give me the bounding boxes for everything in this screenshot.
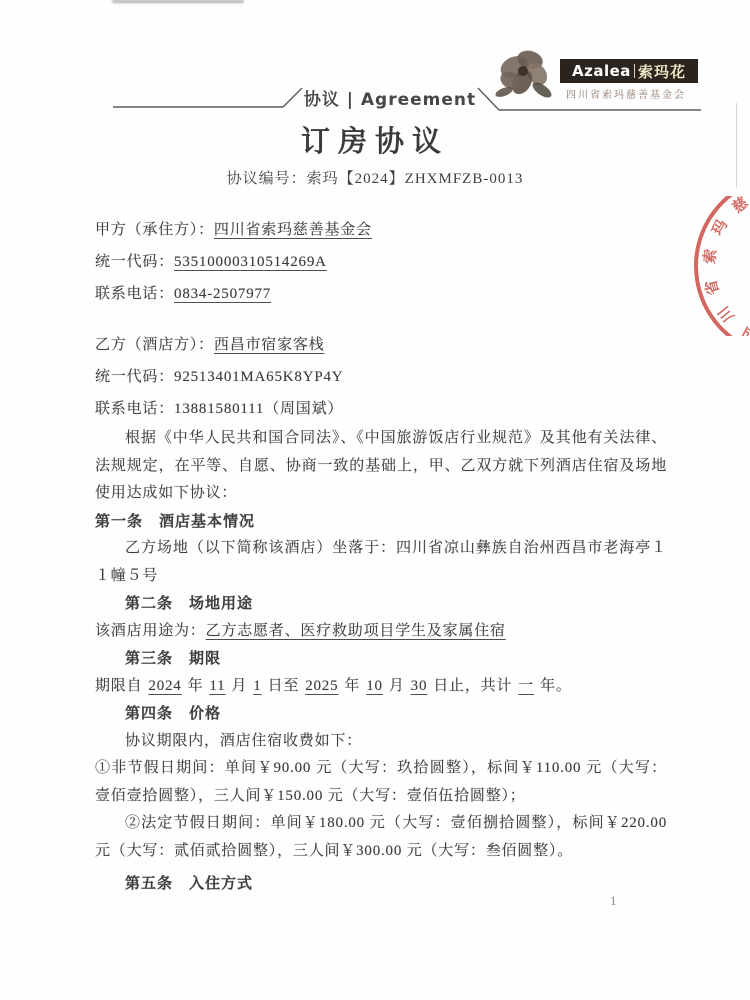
page-number: 1 bbox=[610, 893, 617, 909]
party-b-code-line: 统一代码：92513401MA65K8YP4Y bbox=[95, 361, 667, 393]
period-text: 日止，共计 bbox=[433, 678, 512, 694]
period-text: 年 bbox=[188, 678, 204, 694]
party-b-phone-label: 联系电话： bbox=[95, 401, 174, 417]
seal-char: 省 bbox=[701, 278, 722, 297]
party-a-phone-line: 联系电话：0834-2507977 bbox=[95, 278, 667, 310]
seal-char: 玛 bbox=[708, 216, 731, 238]
ribbon-label: 协议 | Agreement bbox=[280, 85, 500, 110]
logo-banner: Azalea 索玛花 bbox=[560, 59, 698, 83]
party-b-label: 乙方（酒店方）： bbox=[95, 337, 214, 353]
article-4-lead: 协议期限内，酒店住宿收费如下： bbox=[95, 728, 667, 756]
article-2-purpose: 乙方志愿者、医疗救助项目学生及家属住宿 bbox=[206, 623, 506, 639]
period-end-day: 30 bbox=[405, 678, 434, 694]
article-4-price-item-1: ①非节假日期间：单间￥90.00 元（大写：玖拾圆整），标间￥110.00 元（… bbox=[95, 755, 667, 810]
party-a-label: 甲方（承住方）： bbox=[95, 222, 214, 238]
red-seal-stamp: 四 川 省 索 玛 慈 bbox=[670, 196, 750, 336]
party-b-phone: 13881580111（周国斌） bbox=[174, 401, 343, 417]
period-start-day: 1 bbox=[247, 678, 267, 694]
scanned-agreement-page: 协议 | Agreement Azalea 索玛花 四川省索玛慈善基金会 订房协… bbox=[0, 0, 750, 1000]
party-a-phone: 0834-2507977 bbox=[174, 286, 271, 302]
agreement-number: 协议编号：索玛【2024】ZHXMFZB-0013 bbox=[0, 167, 750, 188]
logo-brand-en: Azalea bbox=[572, 62, 631, 80]
period-text: 期限自 bbox=[95, 678, 142, 694]
party-a-code-label: 统一代码： bbox=[95, 254, 174, 270]
period-text: 月 bbox=[389, 678, 405, 694]
period-end-month: 10 bbox=[360, 678, 389, 694]
period-text: 年 bbox=[344, 678, 360, 694]
party-a-code: 53510000310514269A bbox=[174, 254, 327, 270]
article-3-heading: 第三条 期限 bbox=[95, 645, 667, 673]
document-title: 订房协议 bbox=[0, 119, 750, 160]
article-2-lead: 该酒店用途为： bbox=[95, 623, 206, 639]
period-text: 年。 bbox=[540, 678, 572, 694]
party-a-name: 四川省索玛慈善基金会 bbox=[214, 222, 372, 238]
article-5-heading: 第五条 入住方式 bbox=[95, 870, 667, 898]
period-text: 月 bbox=[231, 678, 247, 694]
period-start-month: 11 bbox=[203, 678, 231, 694]
party-a-block: 甲方（承住方）：四川省索玛慈善基金会 统一代码：5351000031051426… bbox=[95, 214, 667, 310]
article-4-price-item-2: ②法定节假日期间：单间￥180.00 元（大写：壹佰捌拾圆整），标间￥220.0… bbox=[95, 810, 667, 865]
article-3-body: 期限自2024年11月1日至2025年10月30日止，共计一年。 bbox=[95, 673, 667, 701]
party-b-code: 92513401MA65K8YP4Y bbox=[174, 369, 343, 385]
party-b-phone-line: 联系电话：13881580111（周国斌） bbox=[95, 393, 667, 425]
period-start-year: 2024 bbox=[142, 678, 187, 694]
party-b-name-line: 乙方（酒店方）：西昌市宿家客栈 bbox=[95, 329, 667, 361]
document-body: 甲方（承住方）：四川省索玛慈善基金会 统一代码：5351000031051426… bbox=[95, 214, 667, 898]
seal-char: 四 bbox=[739, 323, 750, 336]
article-1-body: 乙方场地（以下简称该酒店）坐落于：四川省凉山彝族自治州西昌市老海亭１１幢５号 bbox=[95, 535, 667, 590]
period-text: 日至 bbox=[268, 678, 300, 694]
party-a-phone-label: 联系电话： bbox=[95, 286, 174, 302]
logo-brand-cn: 索玛花 bbox=[638, 61, 686, 82]
logo-org-name: 四川省索玛慈善基金会 bbox=[550, 86, 702, 101]
party-b-code-label: 统一代码： bbox=[95, 369, 174, 385]
period-total-years: 一 bbox=[512, 678, 540, 694]
party-b-name: 西昌市宿家客栈 bbox=[214, 337, 325, 353]
party-a-name-line: 甲方（承住方）：四川省索玛慈善基金会 bbox=[95, 214, 667, 246]
article-2-body: 该酒店用途为：乙方志愿者、医疗救助项目学生及家属住宿 bbox=[95, 618, 667, 646]
seal-char: 索 bbox=[700, 248, 720, 265]
preamble-paragraph: 根据《中华人民共和国合同法》、《中国旅游饭店行业规范》及其他有关法律、法规规定，… bbox=[95, 425, 667, 508]
article-1-heading: 第一条 酒店基本情况 bbox=[95, 508, 667, 536]
party-b-block: 乙方（酒店方）：西昌市宿家客栈 统一代码：92513401MA65K8YP4Y … bbox=[95, 329, 667, 425]
party-a-code-line: 统一代码：53510000310514269A bbox=[95, 246, 667, 278]
article-4-heading: 第四条 价格 bbox=[95, 700, 667, 728]
article-2-heading: 第二条 场地用途 bbox=[95, 590, 667, 618]
seal-char: 慈 bbox=[729, 196, 750, 217]
period-end-year: 2025 bbox=[299, 678, 344, 694]
logo-divider bbox=[634, 64, 635, 78]
